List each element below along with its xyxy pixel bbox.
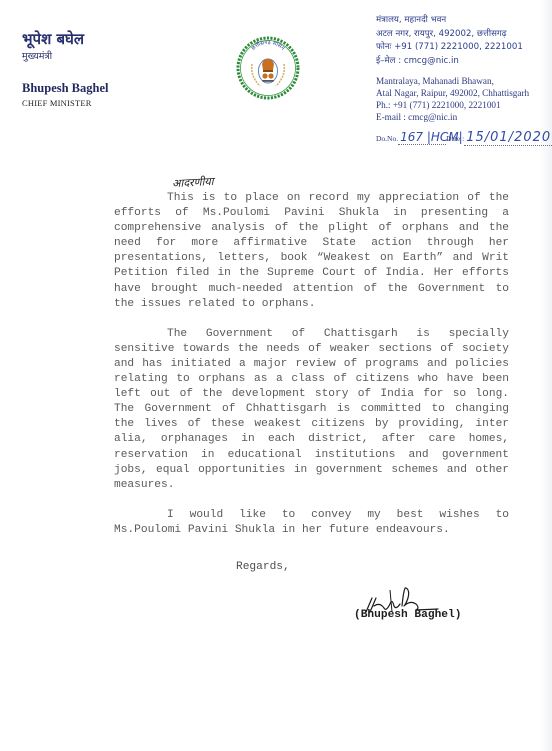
date-label: Date : xyxy=(446,134,464,143)
salutation: आदरणीया xyxy=(172,174,214,191)
address-line: Mantralaya, Mahanadi Bhawan, xyxy=(376,75,529,87)
sender-name-hindi: भूपेश बघेल xyxy=(22,30,109,48)
state-emblem-icon: छत्तीसगढ़ शासन xyxy=(234,34,302,102)
email-line: E-mail : cmcg@nic.in xyxy=(376,111,529,123)
letter-body: This is to place on record my appreciati… xyxy=(114,191,509,538)
phone-line: Ph.: +91 (771) 2221000, 2221001 xyxy=(376,99,529,111)
letterhead-left: भूपेश बघेल मुख्यमंत्री Bhupesh Baghel CH… xyxy=(22,30,109,108)
page-edge-shadow xyxy=(540,0,552,751)
sender-name: Bhupesh Baghel xyxy=(22,81,109,95)
letter-page: भूपेश बघेल मुख्यमंत्री Bhupesh Baghel CH… xyxy=(0,0,552,751)
phone-hindi: फोनः +91 (771) 2221000, 2221001 xyxy=(376,41,529,55)
address-hindi-line: मंत्रालय, महानदी भवन xyxy=(376,14,529,28)
ref-no-value: 167 |HCM| xyxy=(398,130,446,145)
sender-title: CHIEF MINISTER xyxy=(22,98,109,108)
sender-title-hindi: मुख्यमंत्री xyxy=(22,50,109,64)
address-hindi-line: अटल नगर, रायपुर, 492002, छत्तीसगढ़ xyxy=(376,28,529,42)
closing: Regards, xyxy=(236,561,290,573)
signatory-name: (Bhupesh Baghel) xyxy=(354,609,461,621)
paragraph-wishes: I would like to convey my best wishes to… xyxy=(114,508,509,538)
ref-no-label: Do.No. xyxy=(376,134,398,143)
paragraph-government: The Government of Chattisgarh is special… xyxy=(114,327,509,493)
email-hindi: ई–मेल : cmcg@nic.in xyxy=(376,55,529,69)
letterhead-contact: मंत्रालय, महानदी भवन अटल नगर, रायपुर, 49… xyxy=(376,14,529,123)
reference-line: Do.No.167 |HCM|Date :15/01/2020 xyxy=(376,128,552,150)
address-line: Atal Nagar, Raipur, 492002, Chhattisgarh xyxy=(376,87,529,99)
paragraph-appreciation: This is to place on record my appreciati… xyxy=(114,191,509,312)
date-value: 15/01/2020 xyxy=(464,130,552,146)
